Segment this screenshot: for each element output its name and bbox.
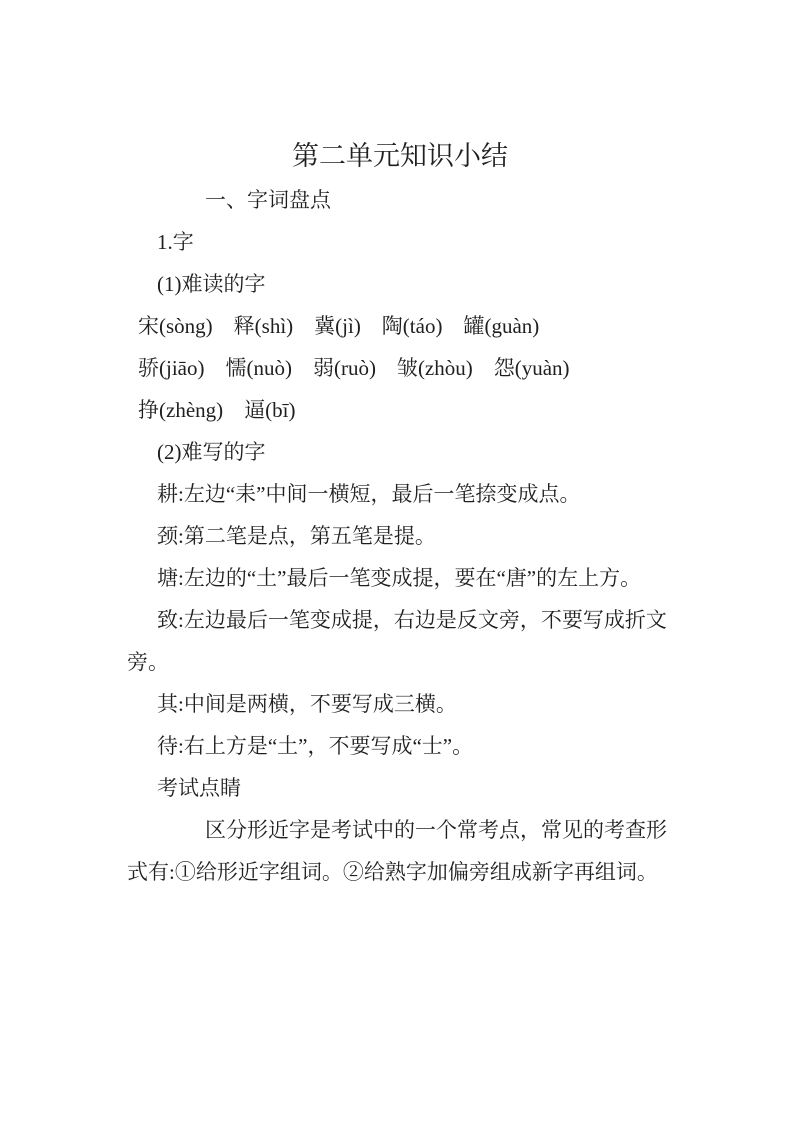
writing-note-dai: 待:右上方是“土”，不要写成“士”。 [127, 725, 673, 767]
writing-note-zhi-line1: 致:左边最后一笔变成提，右边是反文旁，不要写成折文 [127, 599, 673, 641]
exam-tip-line1: 区分形近字是考试中的一个常考点，常见的考查形 [127, 809, 673, 851]
document-page: 第二单元知识小结 一、字词盘点 1.字 (1)难读的字 宋(sòng) 释(sh… [0, 0, 793, 1122]
exam-tip-line2: 式有:①给形近字组词。②给熟字加偏旁组成新字再组词。 [127, 851, 673, 893]
writing-note-jing: 颈:第二笔是点，第五笔是提。 [127, 515, 673, 557]
hard-to-write-label: (2)难写的字 [127, 431, 673, 473]
pinyin-row: 挣(zhèng) 逼(bī) [127, 389, 673, 431]
section-heading: 一、字词盘点 [127, 179, 673, 221]
page-title: 第二单元知识小结 [127, 133, 673, 179]
pinyin-row: 宋(sòng) 释(shì) 冀(jì) 陶(táo) 罐(guàn) [127, 305, 673, 347]
hard-to-read-label: (1)难读的字 [127, 263, 673, 305]
writing-note-tang: 塘:左边的“土”最后一笔变成提，要在“唐”的左上方。 [127, 557, 673, 599]
pinyin-row: 骄(jiāo) 懦(nuò) 弱(ruò) 皱(zhòu) 怨(yuàn) [127, 347, 673, 389]
writing-note-qi: 其:中间是两横，不要写成三横。 [127, 683, 673, 725]
document-content: 第二单元知识小结 一、字词盘点 1.字 (1)难读的字 宋(sòng) 释(sh… [127, 133, 673, 893]
writing-note-geng: 耕:左边“耒”中间一横短，最后一笔捺变成点。 [127, 473, 673, 515]
subsection-label-zi: 1.字 [127, 221, 673, 263]
writing-note-zhi-line2: 旁。 [127, 641, 673, 683]
exam-tip-heading: 考试点睛 [127, 767, 673, 809]
